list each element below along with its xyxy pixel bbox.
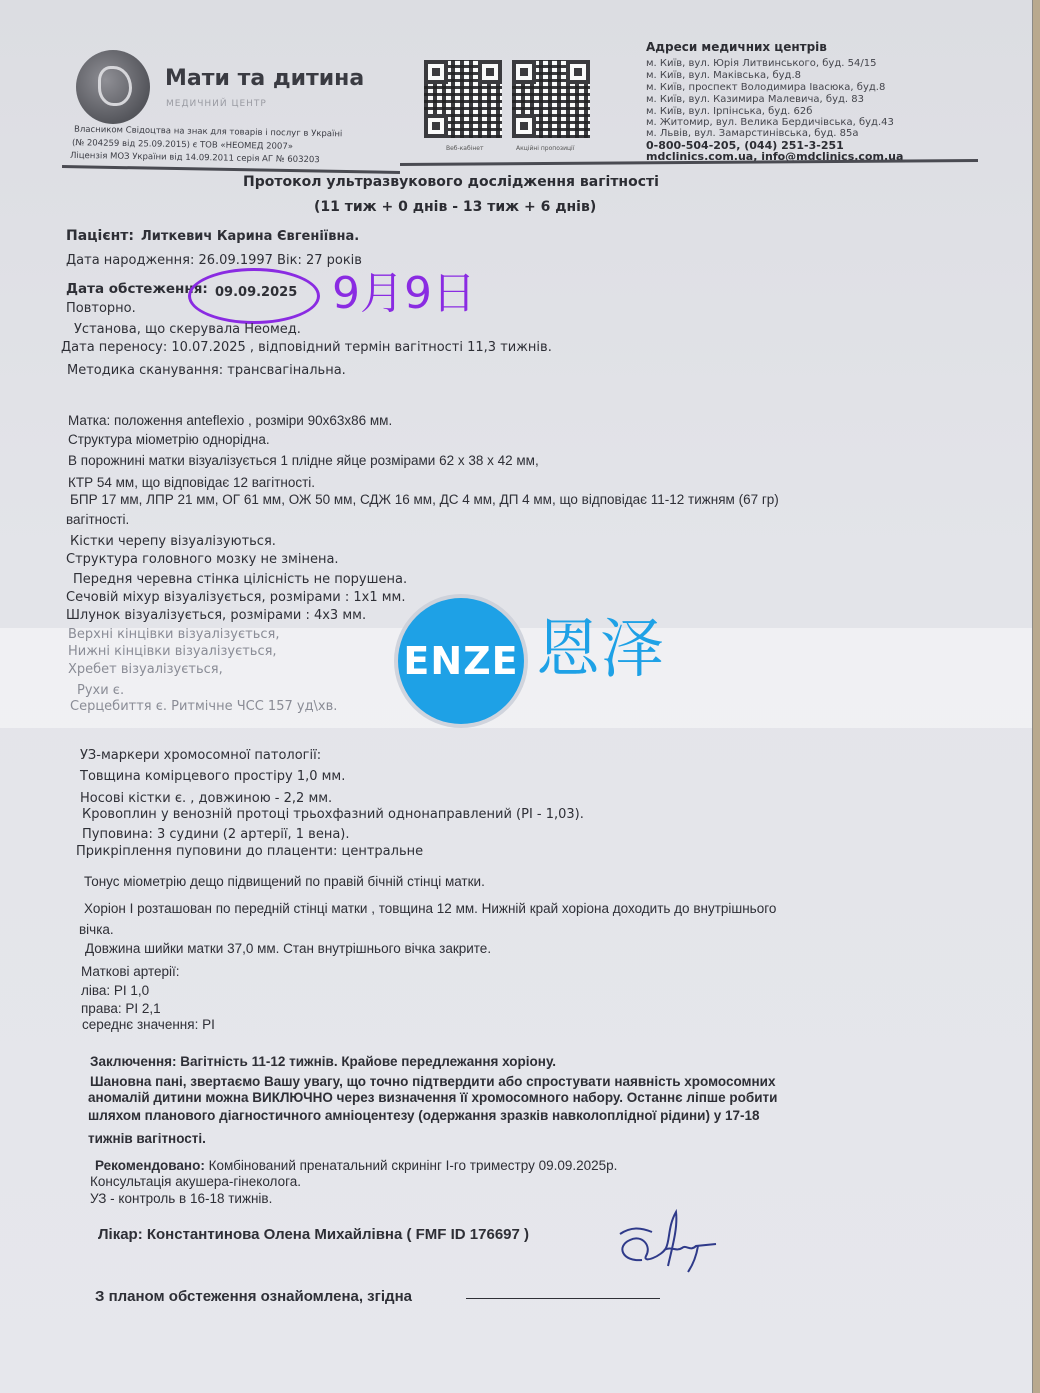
address-line: м. Київ, вул. Казимира Малевича, буд. 83: [646, 94, 864, 105]
intro-line: Методика сканування: трансвагінальна.: [67, 364, 346, 379]
address-line: м. Київ, вул. Маківська, буд.8: [646, 70, 801, 81]
addresses-title: Адреси медичних центрів: [646, 40, 827, 54]
uterus-line: КТР 54 мм, що відповідає 12 вагітності.: [68, 475, 315, 491]
notice-line: шляхом планового діагностичного амніоцен…: [88, 1108, 760, 1124]
patient-signature-line[interactable]: [466, 1298, 660, 1299]
qr-caption: Акційні пропозиції: [516, 145, 574, 152]
recommended-text: Комбінований пренатальний скринінг I-го …: [209, 1158, 618, 1173]
handwritten-date-annotation: 9月9日: [332, 272, 476, 316]
marker-line: Носові кістки є. , довжиною - 2,2 мм.: [80, 792, 332, 807]
enze-chinese-text: 恩泽: [536, 618, 664, 682]
chorion-line: ліва: PI 1,0: [81, 983, 149, 999]
brand-subtitle: МЕДИЧНИЙ ЦЕНТР: [166, 99, 267, 109]
enze-watermark-logo: ENZE: [398, 598, 524, 724]
uterus-line: Матка: положення anteflexio , розміри 90…: [68, 413, 392, 429]
chorion-line: середнє значення: PI: [82, 1017, 215, 1033]
tonus-line: Тонус міометрію дещо підвищений по праві…: [84, 874, 485, 890]
uterus-line: БПР 17 мм, ЛПР 21 мм, ОГ 61 мм, ОЖ 50 мм…: [70, 492, 779, 508]
notice-line: Шановна пані, звертаємо Вашу увагу, що т…: [90, 1074, 775, 1090]
clinic-logo-icon: [76, 50, 150, 124]
marker-line: УЗ-маркери хромосомної патології:: [80, 749, 321, 764]
intro-line: Установа, що скерувала Неомед.: [74, 323, 301, 338]
conclusion-text: Вагітність 11-12 тижнів. Крайове передле…: [180, 1054, 556, 1069]
anatomy-line: Кістки черепу візуалізуються.: [70, 535, 276, 550]
anatomy-line: Хребет візуалізується,: [68, 663, 223, 678]
anatomy-line: Нижні кінцівки візуалізується,: [68, 645, 277, 660]
chorion-line: вічка.: [79, 922, 114, 938]
recommended-line: Консультація акушера-гінеколога.: [90, 1174, 301, 1190]
anatomy-line: Шлунок візуалізується, розмірами : 4x3 м…: [66, 609, 366, 624]
anatomy-line: Серцебиття є. Ритмічне ЧСС 157 уд\хв.: [70, 700, 337, 715]
anatomy-line: Сечовій міхур візуалізується, розмірами …: [66, 591, 406, 606]
patient-label: Пацієнт:: [66, 228, 134, 244]
notice-line: тижнів вагітності.: [88, 1131, 206, 1147]
chorion-line: Хоріон I розташован по передній стінці м…: [84, 901, 776, 917]
chorion-line: права: PI 2,1: [81, 1001, 161, 1017]
document-title: Протокол ультразвукового дослідження ваг…: [243, 174, 659, 190]
qr-code-web-cabinet-icon[interactable]: [424, 60, 502, 138]
anatomy-line: Передня черевна стінка цілісність не пор…: [73, 573, 407, 588]
patient-name: Литкевич Карина Євгеніївна.: [141, 230, 359, 245]
uterus-line: вагітності.: [66, 512, 129, 528]
qr-code-promotions-icon[interactable]: [512, 60, 590, 138]
address-line: м. Київ, вул. Ірпінська, буд. 62б: [646, 106, 812, 117]
marker-line: Товщина комірцевого простіру 1,0 мм.: [80, 770, 345, 785]
enze-badge-text: ENZE: [403, 639, 518, 683]
conclusion-label: Заключення:: [90, 1054, 177, 1069]
exam-date-label: Дата обстеження:: [66, 282, 208, 298]
address-line: м. Львів, вул. Замарстинівська, буд. 85а: [646, 128, 859, 139]
uterus-line: Структура міометрію однорідна.: [68, 432, 270, 448]
recommended-line: УЗ - контроль в 16-18 тижнів.: [90, 1191, 272, 1207]
recommended-label: Рекомендовано:: [95, 1158, 205, 1173]
brand-name: Мати та дитина: [165, 66, 364, 91]
document-subtitle: (11 тиж + 0 днів - 13 тиж + 6 днів): [314, 199, 596, 215]
address-line: м. Житомир, вул. Велика Бердичівська, бу…: [646, 117, 894, 128]
handwritten-circle-annotation: [188, 268, 320, 324]
marker-line: Прикріплення пуповини до плаценти: центр…: [76, 845, 423, 860]
consent-line: З планом обстеження ознайомлена, згідна: [95, 1288, 412, 1305]
doctor-line: Лікар: Константинова Олена Михайлівна ( …: [98, 1226, 529, 1243]
uterus-line: В порожнині матки візуалізується 1 плідн…: [68, 453, 539, 469]
chorion-line: Маткові артерії:: [81, 964, 180, 980]
recommended: Рекомендовано: Комбінований пренатальний…: [95, 1158, 617, 1174]
anatomy-line: Рухи є.: [77, 684, 124, 699]
anatomy-line: Структура головного мозку не змінена.: [66, 553, 339, 568]
marker-line: Кровоплин у венозній протоці трьохфазний…: [82, 808, 584, 823]
chorion-line: Довжина шийки матки 37,0 мм. Стан внутрі…: [85, 941, 491, 957]
intro-line: Дата переносу: 10.07.2025 , відповідний …: [61, 341, 552, 356]
notice-line: аномалій дитини можна ВИКЛЮЧНО через виз…: [88, 1090, 777, 1106]
date-of-birth: Дата народження: 26.09.1997 Вік: 27 рокі…: [66, 254, 362, 269]
intro-line: Повторно.: [66, 302, 136, 317]
marker-line: Пуповина: 3 судини (2 артерії, 1 вена).: [82, 828, 350, 843]
address-line: м. Київ, проспект Володимира Івасюка, бу…: [646, 82, 885, 93]
conclusion: Заключення: Вагітність 11-12 тижнів. Кра…: [90, 1054, 556, 1070]
qr-caption: Веб-кабінет: [446, 145, 483, 152]
anatomy-line: Верхні кінцівки візуалізується,: [68, 628, 279, 643]
address-line: м. Київ, вул. Юрія Литвинського, буд. 54…: [646, 58, 876, 69]
doctor-signature-icon: [612, 1206, 722, 1276]
